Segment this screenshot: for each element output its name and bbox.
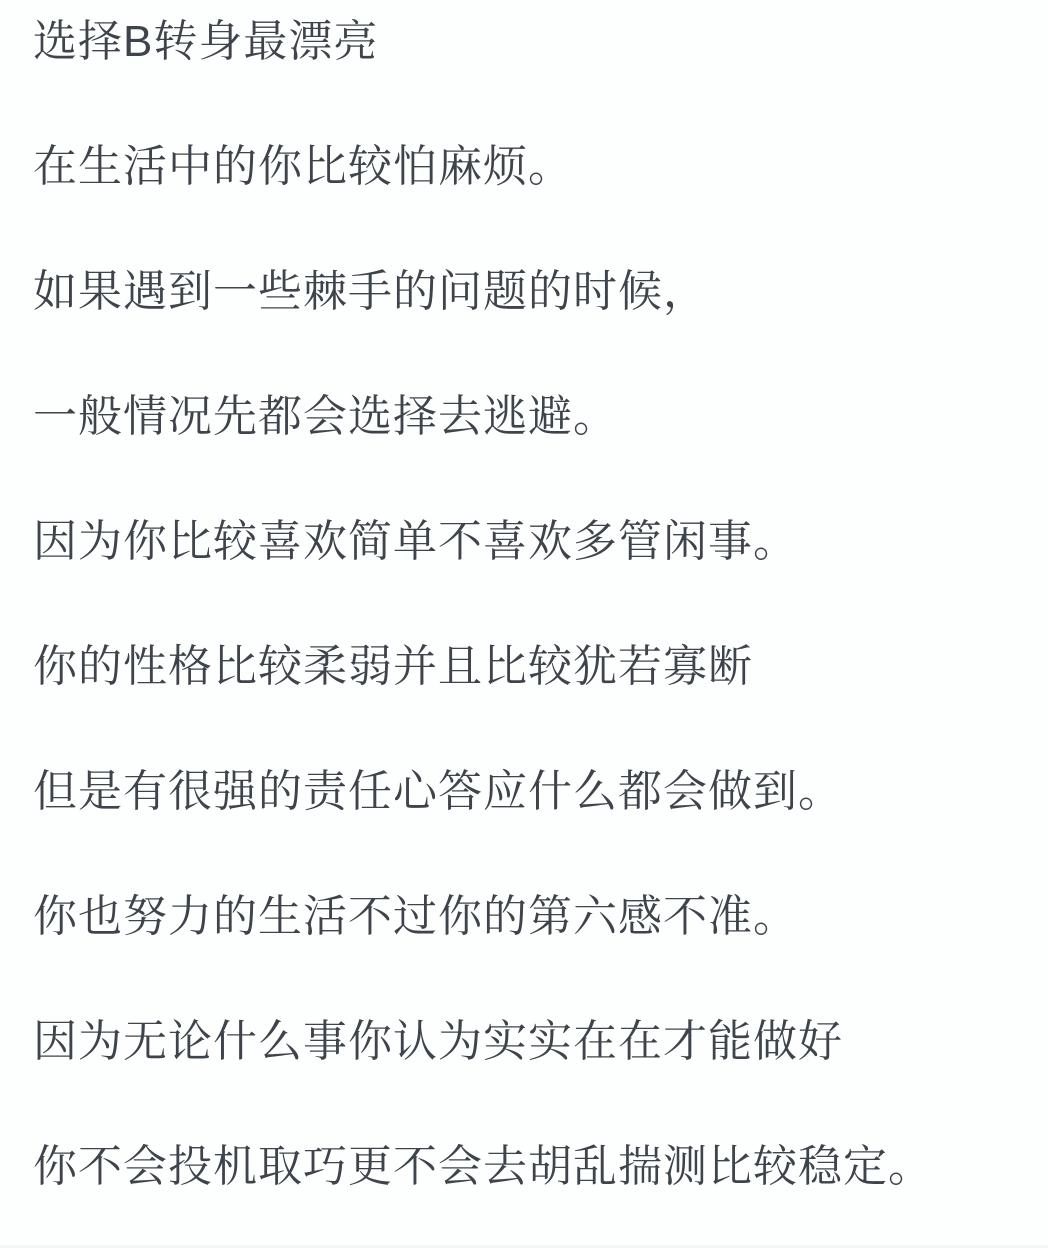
text-line-8: 你也努力的生活不过你的第六感不准。 bbox=[33, 895, 1018, 939]
text-line-7: 但是有很强的责任心答应什么都会做到。 bbox=[33, 770, 1018, 814]
text-line-6: 你的性格比较柔弱并且比较犹若寡断 bbox=[33, 645, 1018, 689]
text-line-1: 选择B转身最漂亮 bbox=[33, 20, 1018, 64]
text-line-3: 如果遇到一些棘手的问题的时候， bbox=[33, 270, 1018, 314]
text-line-9: 因为无论什么事你认为实实在在才能做好 bbox=[33, 1020, 1018, 1064]
text-line-5: 因为你比较喜欢简单不喜欢多管闲事。 bbox=[33, 520, 1018, 564]
text-page: 选择B转身最漂亮 在生活中的你比较怕麻烦。 如果遇到一些棘手的问题的时候， 一般… bbox=[0, 0, 1048, 1248]
text-line-4: 一般情况先都会选择去逃避。 bbox=[33, 395, 1018, 439]
text-line-2: 在生活中的你比较怕麻烦。 bbox=[33, 145, 1018, 189]
text-line-10: 你不会投机取巧更不会去胡乱揣测比较稳定。 bbox=[33, 1145, 1018, 1189]
